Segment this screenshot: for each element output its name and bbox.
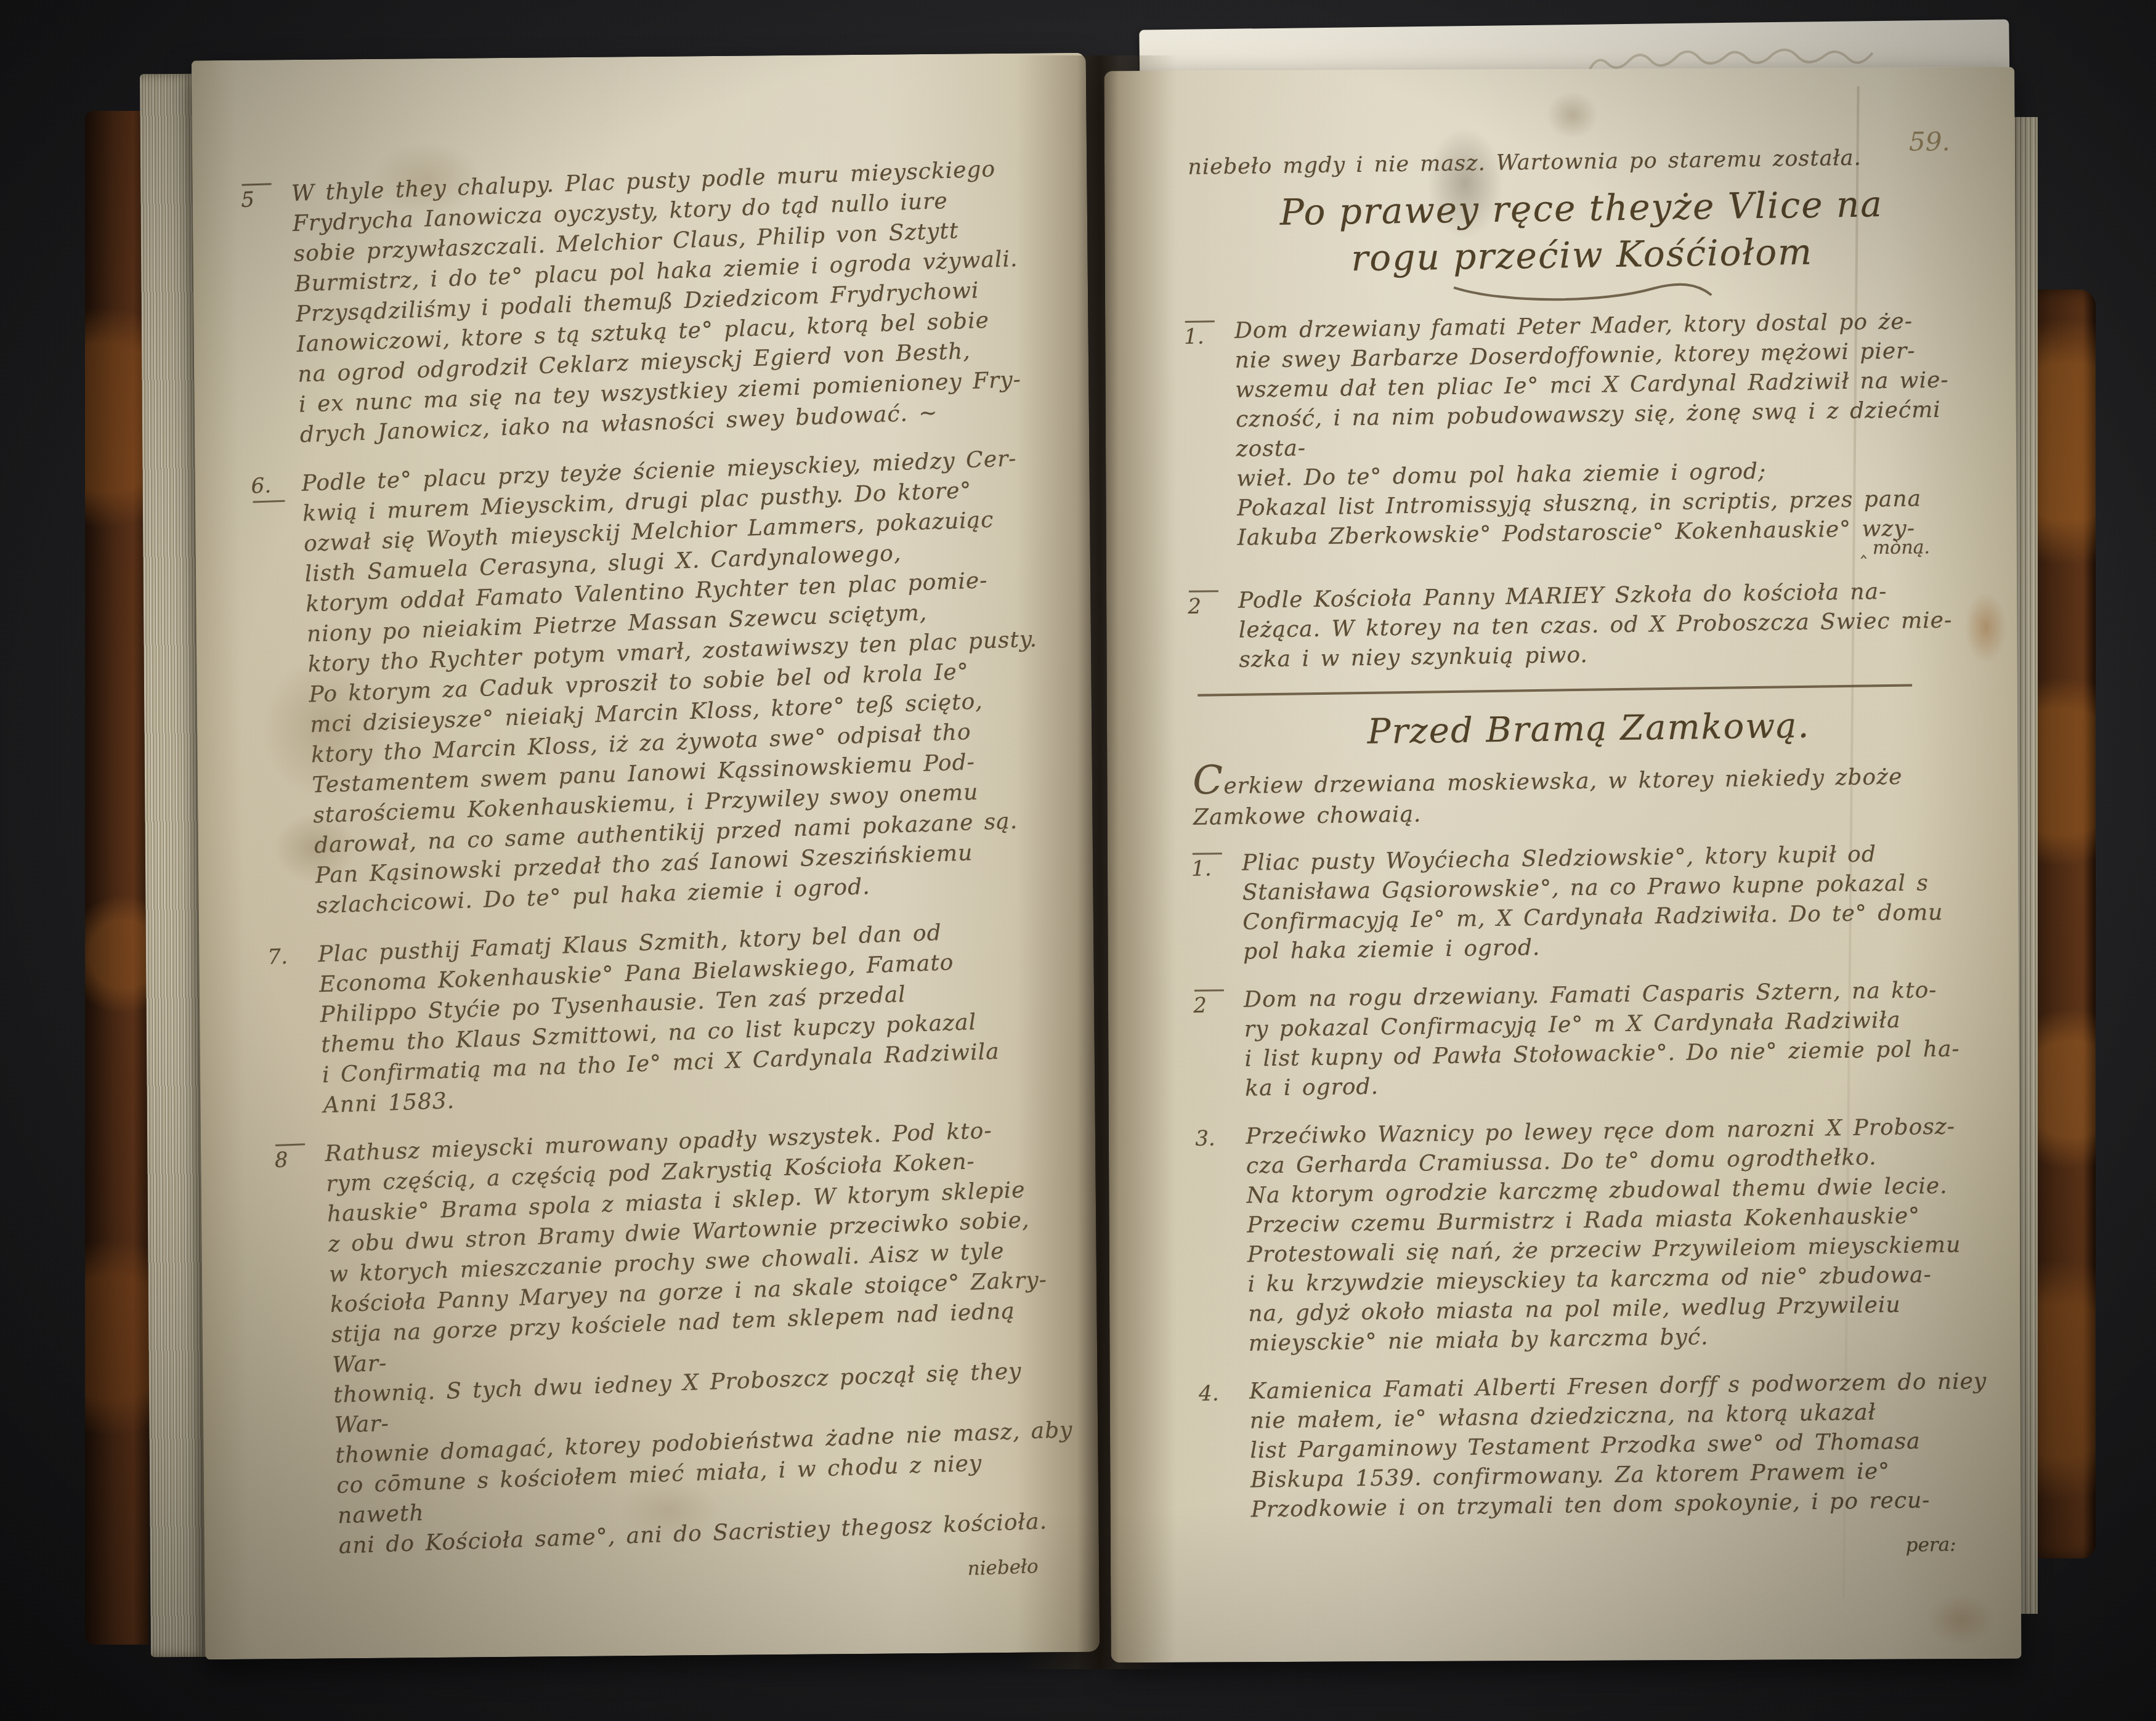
catchword-left: niebeło xyxy=(290,1554,1082,1604)
entry-text: W thyle they chalupy. Plac pusty podle m… xyxy=(291,153,1042,450)
section-divider-rule xyxy=(1198,684,1912,696)
entry-text: Kamienica Famati Alberti Fresen dorff s … xyxy=(1249,1367,1999,1525)
entry-number: 3. xyxy=(1195,1122,1239,1359)
gate-section-intro: Cerkiew drzewiana moskiewska, w ktorey n… xyxy=(1193,755,1989,833)
entry-number: 5 xyxy=(240,179,290,452)
entry-text: Pliac pusty Woyćiecha Sledziowskie°, kto… xyxy=(1242,838,1992,967)
section-heading-street: Po prawey ręce theyże Vlice na rogu prze… xyxy=(1182,179,1982,284)
entry-text: Rathusz mieyscki murowany opadły wszyste… xyxy=(325,1113,1080,1561)
register-entry: 4. Kamienica Famati Alberti Fresen dorff… xyxy=(1199,1367,1999,1526)
register-entry: 1. Pliac pusty Woyćiecha Sledziowskie°, … xyxy=(1191,838,1992,968)
register-entry: 2 Dom na rogu drzewiany. Famati Casparis… xyxy=(1193,975,1993,1104)
entry-number: 1. xyxy=(1184,317,1228,569)
entry-text: Dom na rogu drzewiany. Famati Casparis S… xyxy=(1244,975,1993,1104)
left-page-text: 5 W thyle they chalupy. Plac pusty podle… xyxy=(240,153,1082,1603)
entry-number: 7. xyxy=(267,940,314,1122)
entry-text: Plac pusthij Famatj Klaus Szmith, ktory … xyxy=(317,913,1065,1120)
register-entry: 8 Rathusz mieyscki murowany opadły wszys… xyxy=(274,1113,1080,1563)
register-entry: 2 Podle Kościoła Panny MARIEY Szkoła do … xyxy=(1188,576,1987,676)
entry-number: 4. xyxy=(1199,1377,1241,1526)
register-entry: 7. Plac pusthij Famatj Klaus Szmith, kto… xyxy=(267,913,1064,1122)
entry-number: 8 xyxy=(274,1140,330,1563)
section-heading-gate: Przed Bramą Zamkową. xyxy=(1189,702,1988,757)
entry-text: Dom drzewiany famati Peter Mader, ktory … xyxy=(1234,306,1985,553)
register-entry: 5 W thyle they chalupy. Plac pusty podle… xyxy=(240,153,1042,452)
entry-number: 1. xyxy=(1191,849,1234,968)
entry-text: Podle Kościoła Panny MARIEY Szkoła do ko… xyxy=(1238,576,1987,675)
photo-backdrop: 5 W thyle they chalupy. Plac pusty podle… xyxy=(0,0,2156,1721)
register-entry: 1. Dom drzewiany famati Peter Mader, kto… xyxy=(1184,306,1986,569)
heading-flourish xyxy=(1450,279,1715,305)
opening-line: niebeło mgdy i nie masz. Wartownia po st… xyxy=(1188,142,1980,182)
register-entry: 3. Przećiwko Waznicy po lewey ręce dom n… xyxy=(1195,1112,1996,1359)
entry-text: Przećiwko Waznicy po lewey ręce dom naro… xyxy=(1246,1112,1996,1359)
paper-stain xyxy=(1535,81,1609,150)
page-number: 59. xyxy=(1909,126,1950,156)
entry-text: Podle te° placu przy teyże ścienie mieys… xyxy=(301,443,1058,921)
right-page-text: niebeło mgdy i nie masz. Wartownia po st… xyxy=(1181,142,2000,1566)
catchword-right: pera: xyxy=(1201,1533,2000,1566)
book-cover-right-edge xyxy=(2033,290,2096,1558)
entry-number: 2 xyxy=(1188,586,1230,676)
paper-stain xyxy=(1911,1582,2011,1657)
entry-number: 2 xyxy=(1193,986,1236,1104)
register-entry: 6. Podle te° placu przy teyże ścienie mi… xyxy=(251,443,1058,923)
left-page: 5 W thyle they chalupy. Plac pusty podle… xyxy=(192,53,1100,1660)
entry-number: 6. xyxy=(251,469,307,923)
book-cover-left-edge xyxy=(85,111,149,1645)
right-page: 59. niebeło mgdy i nie masz. Wartownia p… xyxy=(1104,67,2021,1662)
